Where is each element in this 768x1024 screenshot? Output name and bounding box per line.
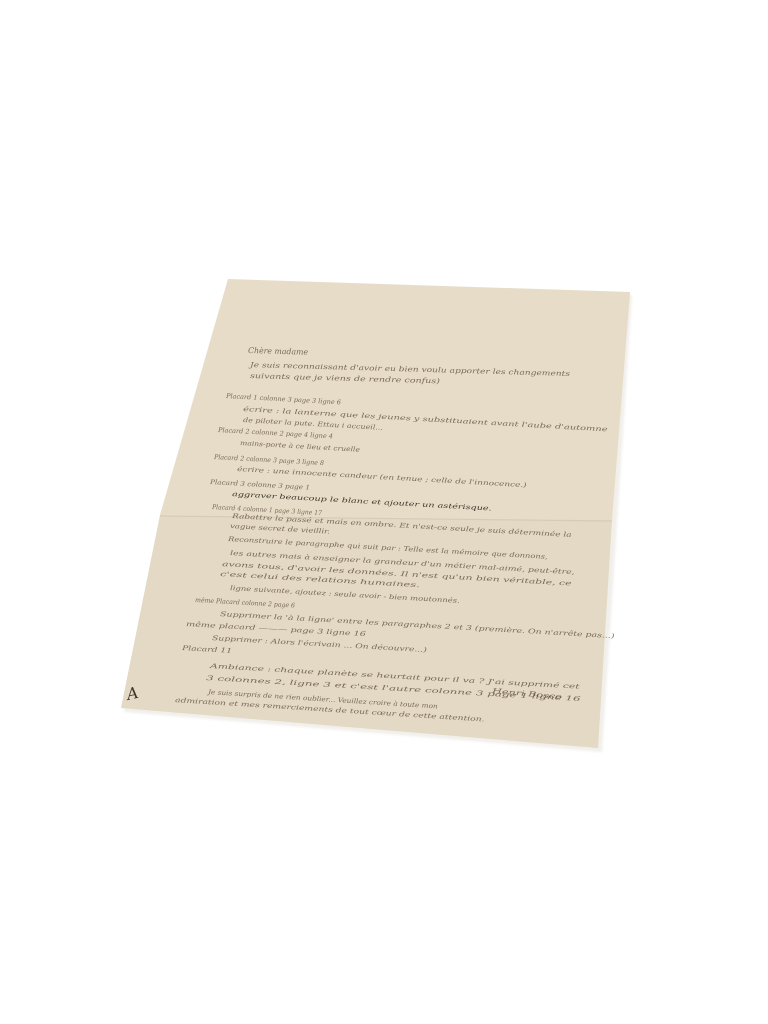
photo-stage: Chère madameJe suis reconnaissant d'avoi… bbox=[0, 0, 768, 1024]
letter-salutation: Chère madame bbox=[248, 346, 308, 357]
letter-photo: Chère madameJe suis reconnaissant d'avoi… bbox=[0, 0, 768, 1024]
